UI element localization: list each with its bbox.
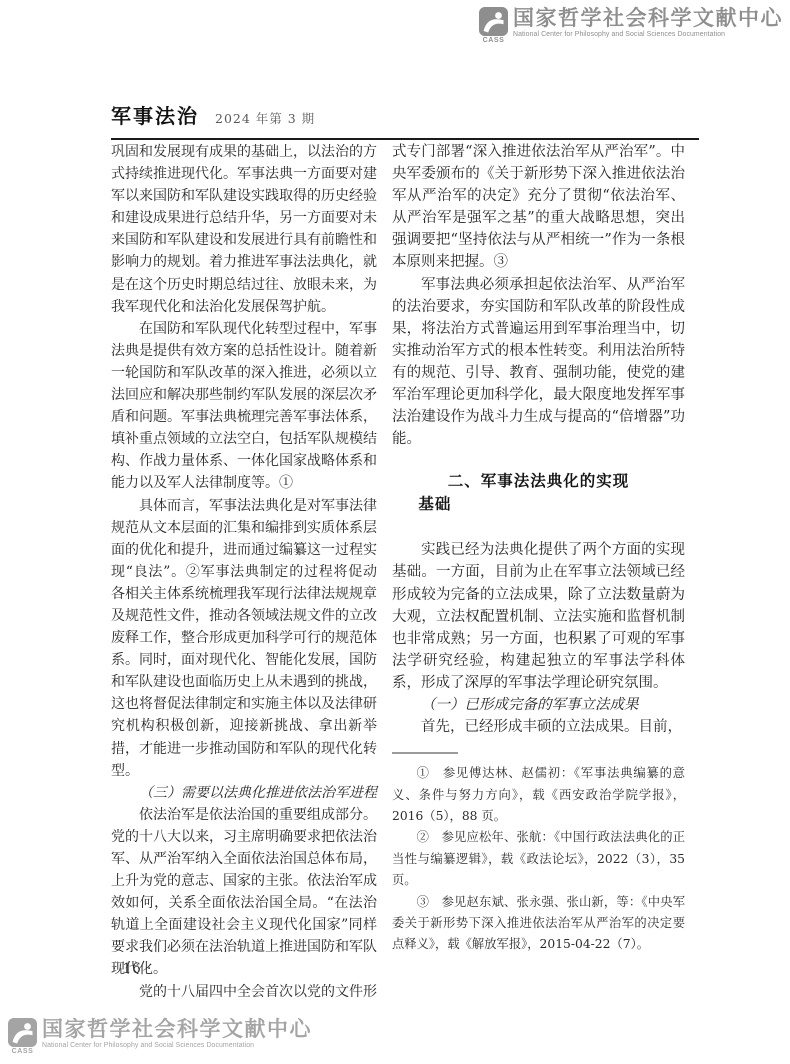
paragraph: 式专门部署“深入推进依法治军从严治军”。中央军委颁布的《关于新形势下深入推进依法…	[392, 141, 685, 274]
journal-issue: 2024 年第 3 期	[215, 109, 315, 127]
paragraph: 党的十八届四中全会首次以党的文件形	[111, 981, 377, 1003]
journal-title: 军事法治	[111, 100, 199, 129]
cass-subtitle: National Center for Philosophy and Socia…	[513, 31, 783, 38]
cass-title: 国家哲学社会科学文献中心	[513, 7, 783, 30]
subsection-heading: （一）已形成完备的军事立法成果	[392, 694, 685, 716]
section-heading: 二、军事法法典化的实现基础	[392, 470, 685, 516]
footnote: ② 参见应松年、张航：《中国行政法法典化的正当性与编纂逻辑》，载《政法论坛》，2…	[392, 827, 685, 891]
subsection-heading: （三）需要以法典化推进依法治军进程	[111, 782, 377, 804]
paragraph: 在国防和军队现代化转型过程中，军事法典是提供有效方案的总括性设计。随着新一轮国防…	[111, 318, 377, 495]
paragraph: 依法治军是依法治国的重要组成部分。党的十八大以来，习主席明确要求把依法治军、从严…	[111, 804, 377, 981]
footnote-list: ① 参见傅达林、赵儒初：《军事法典编纂的意义、条件与努力方向》，载《西安政治学院…	[392, 763, 685, 956]
paragraph: 巩固和发展现有成果的基础上，以法治的方式持续推进现代化。军事法典一方面要对建军以…	[111, 141, 377, 318]
paragraph: 首先，已经形成丰硕的立法成果。目前，	[392, 716, 685, 738]
footnote-divider	[392, 752, 458, 754]
right-column-text: 式专门部署“深入推进依法治军从严治军”。中央军委颁布的《关于新形势下深入推进依法…	[392, 141, 685, 738]
section-heading-line2: 基础	[392, 493, 685, 516]
footnote: ① 参见傅达林、赵儒初：《军事法典编纂的意义、条件与努力方向》，载《西安政治学院…	[392, 763, 685, 827]
cass-subtitle: National Center for Philosophy and Socia…	[42, 1042, 312, 1049]
left-column: 巩固和发展现有成果的基础上，以法治的方式持续推进现代化。军事法典一方面要对建军以…	[111, 141, 377, 1003]
cass-abbr-label: CASS	[483, 37, 505, 44]
cass-logo-icon: CASS	[8, 1018, 37, 1055]
section-heading-line1: 二、军事法法典化的实现	[392, 470, 685, 493]
right-column: 式专门部署“深入推进依法治军从严治军”。中央军委颁布的《关于新形势下深入推进依法…	[392, 141, 685, 1003]
cass-figure-icon	[479, 7, 508, 36]
page-number: · 16 ·	[112, 961, 152, 977]
footnote: ③ 参见赵东斌、张永强、张山新，等：《中央军委关于新形势下深入推进依法治军从严治…	[392, 892, 685, 956]
cass-header-logo: CASS 国家哲学社会科学文献中心 National Center for Ph…	[479, 7, 783, 44]
article-body: 巩固和发展现有成果的基础上，以法治的方式持续推进现代化。军事法典一方面要对建军以…	[111, 141, 685, 1003]
journal-header: 军事法治 2024 年第 3 期	[111, 100, 699, 140]
cass-title: 国家哲学社会科学文献中心	[42, 1018, 312, 1041]
paragraph: 军事法典必须承担起依法治军、从严治军的法治要求，夯实国防和军队改革的阶段性成果，…	[392, 274, 685, 451]
cass-footer-logo: CASS 国家哲学社会科学文献中心 National Center for Ph…	[8, 1018, 312, 1055]
cass-logo-icon: CASS	[479, 7, 508, 44]
cass-figure-icon	[8, 1018, 37, 1047]
paragraph: 具体而言，军事法法典化是对军事法律规范从文本层面的汇集和编排到实质体系层面的优化…	[111, 495, 377, 782]
paragraph: 实践已经为法典化提供了两个方面的实现基础。一方面，目前为止在军事立法领域已经形成…	[392, 539, 685, 694]
cass-abbr-label: CASS	[12, 1048, 34, 1055]
